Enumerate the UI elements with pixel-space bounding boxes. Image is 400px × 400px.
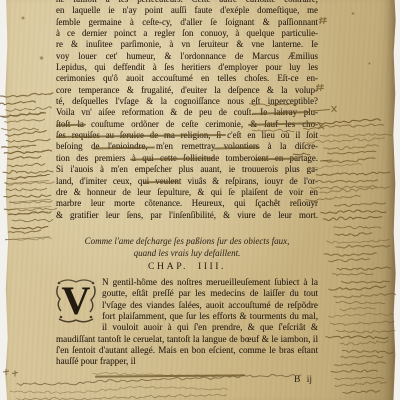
printed-line: re & inuſitee parſimonie, à vn ſeruiteur… <box>56 39 318 50</box>
interlinear-insertion <box>288 152 322 161</box>
printed-line: cerimonies qu'ô auoit accouſtumé en tell… <box>56 73 318 84</box>
interlinear-insertion <box>246 100 304 109</box>
photograph-background: ne failloit à ſes perſecuteurs. Cette au… <box>0 0 400 400</box>
marginalia-right-upper <box>300 116 395 221</box>
chapter-number-label: Chap. IIII. <box>56 261 318 272</box>
printed-line: dre & honneur de leur ſepulture, & qui ſ… <box>56 187 318 198</box>
chapter-heading-line2: quand les vrais luy defaillent. <box>56 247 318 259</box>
printed-text-block: ne failloit à ſes perſecuteurs. Cette au… <box>56 0 318 221</box>
woodcut-foliage-ornament <box>54 278 98 324</box>
marginalia-bottom <box>5 377 331 400</box>
foxing-spot <box>351 12 355 15</box>
printed-line: Lepidus, qui deffendit à ſes heritiers d… <box>56 62 318 73</box>
printed-line: voy louer cet' humeur, & l'ordonnance de… <box>56 51 318 62</box>
printed-line: marbre leur morte cõtenance. Heureux, qu… <box>56 198 318 209</box>
foxing-spot <box>21 16 25 20</box>
printed-line: & gratifier leur ſens, par l'inſenſibili… <box>56 210 318 221</box>
marginalia-left <box>0 92 60 246</box>
printed-line: land, d'imiter ceux, qui veulent viuâs &… <box>56 176 318 187</box>
printed-line: ſemble germaine à ceſte-cy, d'aller ſe ſ… <box>56 17 318 28</box>
woodcut-initial-block: V <box>54 278 98 324</box>
chapter-opening-paragraph: V N gentil-hôme des noſtres merueilleuſe… <box>56 277 318 368</box>
foxing-spot <box>368 62 371 65</box>
printed-line: Si i'auois à m'en empeſcher plus auant, … <box>56 164 318 175</box>
chapter-heading: Comme l'ame deſcharge ſes paßions ſur de… <box>56 235 318 259</box>
printed-line: core temperance & frugalité, d'euiter la… <box>56 85 318 96</box>
foxing-spot <box>39 56 44 60</box>
printed-line: en laquelle ie n'ay point auſſi faute d'… <box>56 5 318 16</box>
chapter-heading-line1: Comme l'ame deſcharge ſes paßions ſur de… <box>56 235 318 247</box>
interlinear-insertion <box>250 126 305 135</box>
printed-line: à ce dernier poinct a regler ſon conuoy,… <box>56 28 318 39</box>
marginalia-right-lower <box>322 215 399 399</box>
